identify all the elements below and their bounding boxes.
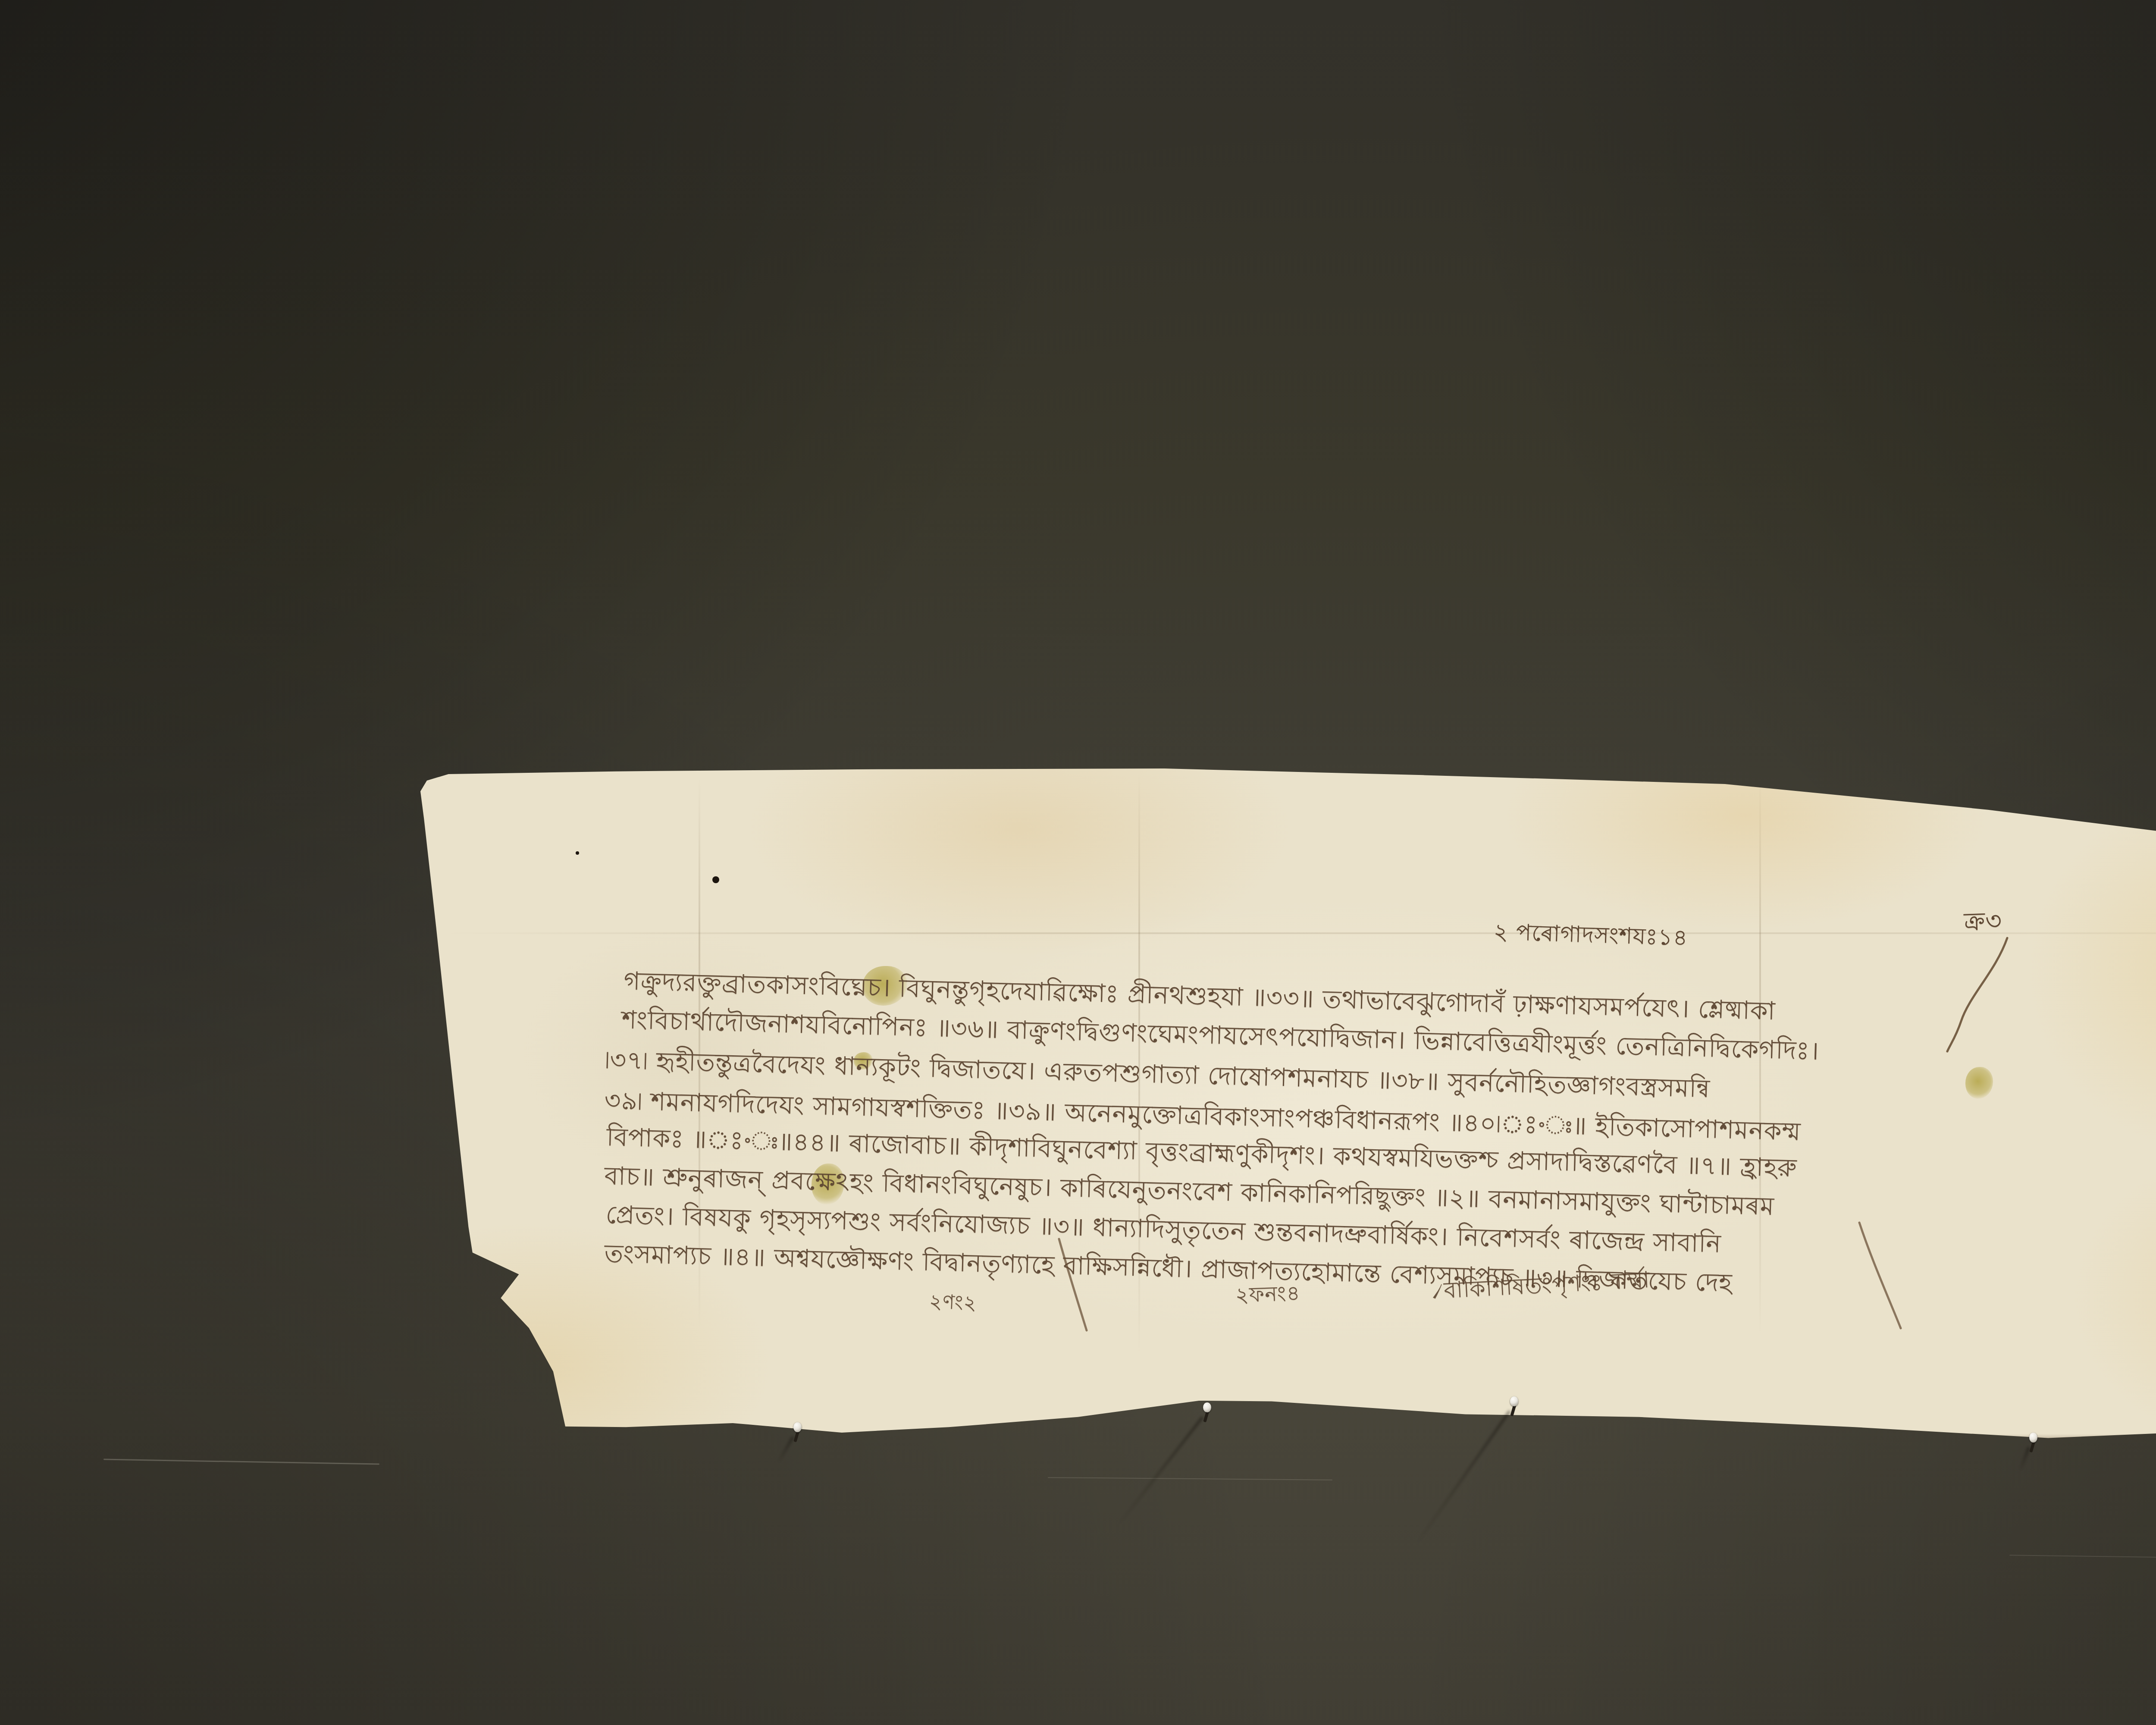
push-pin: [1203, 1402, 1212, 1428]
photo-board: ২ পৰোগাদসংশযঃ১৪ ক্র৩ গক্রুদ্যরক্তুব্রাতক…: [0, 0, 2156, 1725]
push-pin: [1510, 1396, 1519, 1422]
ink-dot: [576, 851, 579, 855]
colophon-note: ২ফনং৪: [1235, 1277, 1301, 1314]
folio-number: ২ণং২: [929, 1286, 978, 1321]
pin-shadow: [2019, 1447, 2030, 1472]
pin-shadow: [1117, 1416, 1204, 1527]
manuscript-leaf: ২ পৰোগাদসংশযঃ১৪ ক্র৩ গক্রুদ্যরক্তুব্রাতক…: [414, 768, 2156, 1447]
push-pin: [793, 1422, 802, 1448]
board-scratch: [103, 1458, 379, 1465]
pin-head: [1203, 1402, 1211, 1412]
pin-head: [1510, 1396, 1518, 1406]
ink-dot: [712, 876, 719, 883]
chapter-heading: ২ পৰোগাদসংশযঃ১৪: [1493, 914, 1689, 958]
paper-crease: [440, 932, 2156, 934]
push-pin: [2029, 1433, 2038, 1458]
pin-head: [2029, 1433, 2037, 1443]
pin-shadow: [1415, 1410, 1511, 1546]
pin-shadow: [777, 1436, 794, 1464]
heading-ornament: ক্র৩: [1963, 901, 2003, 944]
board-scratch: [2009, 1555, 2156, 1562]
burnt-edge: [495, 1434, 2156, 1447]
pin-head: [793, 1422, 802, 1432]
paper-stain: [1965, 1067, 1993, 1099]
board-scratch: [1048, 1477, 1332, 1480]
